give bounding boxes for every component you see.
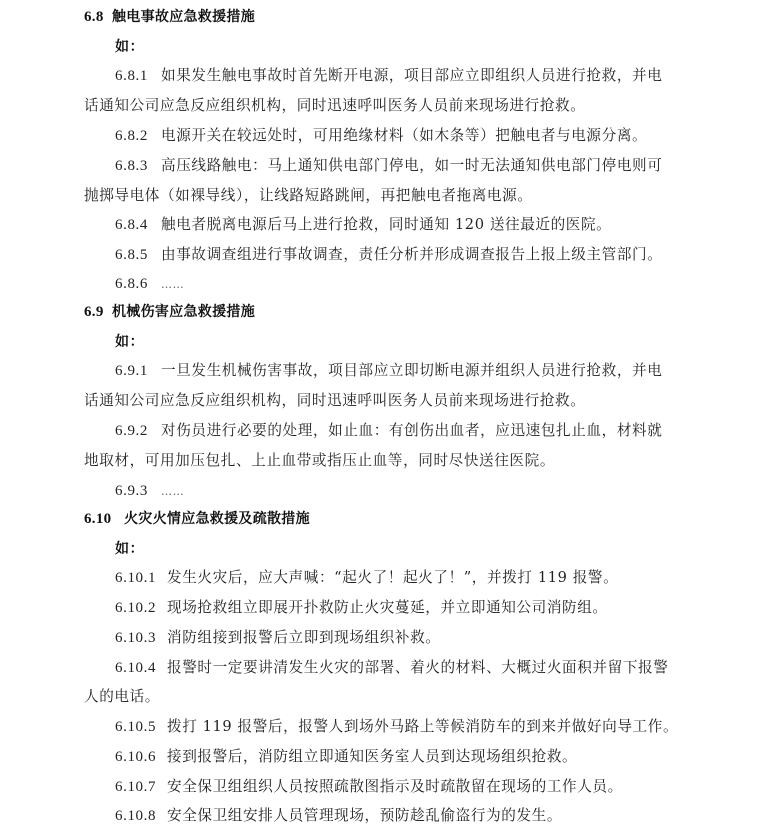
item-number: 6.10.6 [115,747,167,767]
item-number: 6.10.4 [115,658,167,678]
section-intro: 如： [115,539,144,559]
section-title: 触电事故应急救援措施 [112,9,255,25]
list-item-6-8-5: 6.8.5由事故调查组进行事故调查，责任分析并形成调查报告上报上级主管部门。 [115,245,662,265]
item-text: 报警时一定要讲清发生火灾的部署、着火的材料、大概过火面积并留下报警 [167,659,668,676]
item-number: 6.9.1 [115,361,161,381]
item-number: 6.9.3 [115,481,161,501]
item-number: 6.10.2 [115,598,167,618]
item-text: 安全保卫组安排人员管理现场，预防趁乱偷盗行为的发生。 [167,807,562,824]
section-number: 6.9 [84,302,112,322]
item-number: 6.10.5 [115,717,167,737]
section-heading-6-9: 6.9机械伤害应急救援措施 [84,302,255,322]
item-text: 发生火灾后，应大声喊：“起火了！起火了！”，并拨打 119 报警。 [167,569,618,586]
list-item-6-9-2: 6.9.2对伤员进行必要的处理，如止血：有创伤出血者，应迅速包扎止血，材料就 [115,421,662,441]
section-number: 6.8 [84,7,112,27]
item-text: 由事故调查组进行事故调查，责任分析并形成调查报告上报上级主管部门。 [161,246,662,263]
item-text: 如果发生触电事故时首先断开电源，项目部应立即组织人员进行抢救，并电 [161,67,662,84]
item-text: 电源开关在较远处时，可用绝缘材料（如木条等）把触电者与电源分离。 [161,127,647,144]
list-item-6-10-1: 6.10.1发生火灾后，应大声喊：“起火了！起火了！”，并拨打 119 报警。 [115,568,618,588]
item-text: 高压线路触电：马上通知供电部门停电，如一时无法通知供电部门停电则可 [161,157,662,174]
item-number: 6.8.1 [115,66,161,86]
list-item-6-10-2: 6.10.2现场抢救组立即展开扑救防止火灾蔓延，并立即通知公司消防组。 [115,598,608,618]
item-text: 接到报警后，消防组立即通知医务室人员到达现场组织抢救。 [167,748,577,765]
item-text: 对伤员进行必要的处理，如止血：有创伤出血者，应迅速包扎止血，材料就 [161,422,662,439]
list-item-6-10-6: 6.10.6接到报警后，消防组立即通知医务室人员到达现场组织抢救。 [115,747,577,767]
list-item-6-8-6: 6.8.6…… [115,274,184,295]
list-item-6-9-1: 6.9.1一旦发生机械伤害事故，项目部应立即切断电源并组织人员进行抢救，并电 [115,361,662,381]
list-item-6-8-3: 6.8.3高压线路触电：马上通知供电部门停电，如一时无法通知供电部门停电则可 [115,156,662,176]
item-text: 触电者脱离电源后马上进行抢救，同时通知 120 送往最近的医院。 [161,216,611,233]
section-heading-6-10: 6.10火灾火情应急救援及疏散措施 [84,509,310,529]
list-item-6-8-4: 6.8.4触电者脱离电源后马上进行抢救，同时通知 120 送往最近的医院。 [115,215,611,235]
list-item-6-9-3: 6.9.3…… [115,481,184,502]
list-item-6-8-1: 6.8.1如果发生触电事故时首先断开电源，项目部应立即组织人员进行抢救，并电 [115,66,662,86]
list-item-6-10-5: 6.10.5拨打 119 报警后，报警人到场外马路上等候消防车的到来并做好向导工… [115,717,678,737]
list-item-6-10-7: 6.10.7安全保卫组组织人员按照疏散图指示及时疏散留在现场的工作人员。 [115,777,623,797]
section-number: 6.10 [84,509,124,529]
item-number: 6.10.8 [115,806,167,826]
item-text: …… [161,278,184,291]
section-intro: 如： [115,332,144,352]
item-number: 6.8.3 [115,156,161,176]
item-text: 拨打 119 报警后，报警人到场外马路上等候消防车的到来并做好向导工作。 [167,718,678,735]
item-continuation: 人的电话。 [84,687,160,707]
item-number: 6.10.1 [115,568,167,588]
list-item-6-10-8: 6.10.8安全保卫组安排人员管理现场，预防趁乱偷盗行为的发生。 [115,806,562,826]
item-text: 安全保卫组组织人员按照疏散图指示及时疏散留在现场的工作人员。 [167,778,623,795]
section-title: 机械伤害应急救援措施 [112,304,255,320]
section-heading-6-8: 6.8触电事故应急救援措施 [84,7,255,27]
item-text: …… [161,485,184,498]
item-text: 消防组接到报警后立即到现场组织补救。 [167,629,441,646]
section-title: 火灾火情应急救援及疏散措施 [124,511,310,527]
list-item-6-8-2: 6.8.2电源开关在较远处时，可用绝缘材料（如木条等）把触电者与电源分离。 [115,126,647,146]
item-number: 6.8.5 [115,245,161,265]
item-text: 现场抢救组立即展开扑救防止火灾蔓延，并立即通知公司消防组。 [167,599,608,616]
item-continuation: 地取材，可用加压包扎、上止血带或指压止血等，同时尽快送往医院。 [84,451,555,471]
item-number: 6.9.2 [115,421,161,441]
item-number: 6.8.4 [115,215,161,235]
section-intro: 如： [115,37,144,57]
item-continuation: 抛掷导电体（如裸导线），让线路短路跳闸，再把触电者拖离电源。 [84,186,533,206]
list-item-6-10-3: 6.10.3消防组接到报警后立即到现场组织补救。 [115,628,441,648]
item-continuation: 话通知公司应急反应组织机构，同时迅速呼叫医务人员前来现场进行抢救。 [84,391,585,411]
item-number: 6.8.2 [115,126,161,146]
list-item-6-10-4: 6.10.4报警时一定要讲清发生火灾的部署、着火的材料、大概过火面积并留下报警 [115,658,668,678]
item-number: 6.10.7 [115,777,167,797]
item-text: 一旦发生机械伤害事故，项目部应立即切断电源并组织人员进行抢救，并电 [161,362,662,379]
item-number: 6.10.3 [115,628,167,648]
item-continuation: 话通知公司应急反应组织机构，同时迅速呼叫医务人员前来现场进行抢救。 [84,96,585,116]
item-number: 6.8.6 [115,274,161,294]
